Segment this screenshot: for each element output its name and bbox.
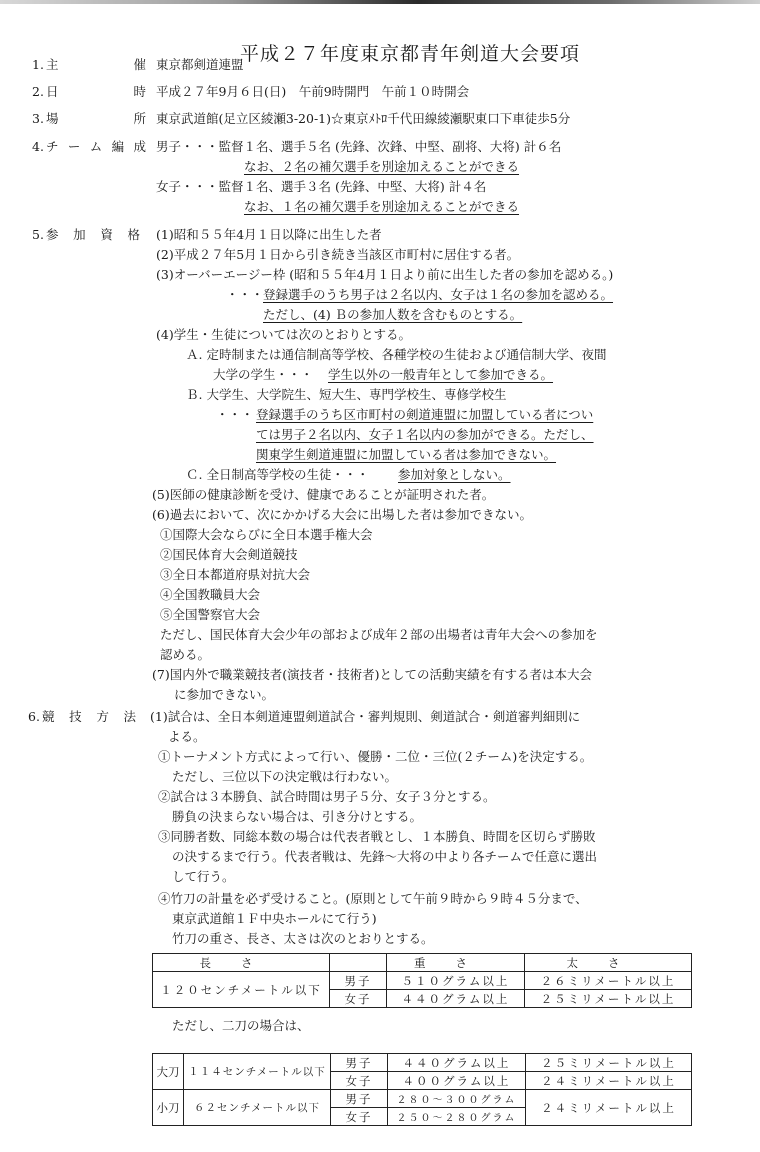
eligibility-4b: Ｂ. 大学生、大学院生、短大生、専門学校生、専修学校生: [186, 386, 506, 404]
section-number: 4.: [32, 138, 44, 156]
section-value: 平成２７年9月６日(日) 午前9時開門 午前１０時開会: [156, 83, 469, 101]
eligibility-4a: Ａ. 定時制または通信制高等学校、各種学校の生徒および通信制大学、夜間: [186, 346, 606, 364]
section-label: 主催: [46, 56, 146, 74]
eligibility-7: (7)国内外で職業競技者(演技者・技術者)としての活動実績を有する者は本大会: [152, 666, 592, 684]
excluded-event: ⑤全国警察官大会: [160, 606, 260, 624]
section-number: 3.: [32, 110, 44, 128]
section-value: 東京武道館(足立区綾瀬3-20-1)☆東京ﾒﾄﾛ千代田線綾瀬駅東口下車徒歩5分: [156, 110, 570, 128]
header-weight: 重さ: [387, 954, 525, 972]
weight-cell: ２８０～３００グラム: [388, 1090, 526, 1108]
rule-2-cont: 勝負の決まらない場合は、引き分けとする。: [172, 808, 422, 826]
shinai-spec-table: 長さ 重さ 太さ １２０センチメートル以下 男子 ５１０グラム以上 ２６ミリメー…: [152, 953, 692, 1008]
group-name: 小刀: [153, 1090, 184, 1126]
competition-1-cont: よる。: [168, 728, 206, 746]
excluded-event: ①国際大会ならびに全日本選手権大会: [160, 526, 373, 544]
group-name: 大刀: [153, 1054, 184, 1090]
table-row: １２０センチメートル以下 男子 ５１０グラム以上 ２６ミリメートル以上: [153, 972, 692, 990]
competition-1: (1)試合は、全日本剣道連盟剣道試合・審判規則、剣道試合・剣道審判細則に: [150, 708, 580, 726]
length-value: ６２センチメートル以下: [184, 1090, 331, 1126]
eligibility-4a-cont: 大学の学生・・・: [213, 366, 313, 384]
section-label: 競技方法: [42, 708, 136, 726]
rule-1: ①トーナメント方式によって行い、優勝・二位・三位(２チーム)を決定する。: [158, 748, 592, 766]
length-value: １１４センチメートル以下: [184, 1054, 331, 1090]
eligibility-4c: Ｃ. 全日制高等学校の生徒・・・: [186, 466, 369, 484]
thickness-cell: ２６ミリメートル以上: [525, 972, 692, 990]
thickness-cell: ２４ミリメートル以上: [526, 1072, 692, 1090]
exception-note: 認める。: [160, 646, 210, 664]
section-number: 1.: [32, 56, 44, 74]
team-women: 女子・・・監督１名、選手３名 (先鋒、中堅、大将) 計４名: [156, 178, 486, 196]
dots: ・・・: [226, 286, 264, 304]
weight-cell: ４４０グラム以上: [388, 1054, 526, 1072]
eligibility-6: (6)過去において、次にかかげる大会に出場した者は参加できない。: [152, 506, 532, 524]
nito-spec-table: 大刀 １１４センチメートル以下 男子 ４４０グラム以上 ２５ミリメートル以上 女…: [152, 1053, 692, 1126]
thickness-cell: ２５ミリメートル以上: [526, 1054, 692, 1072]
excluded-event: ③全日本都道府県対抗大会: [160, 566, 310, 584]
rule-4-cont: 竹刀の重さ、長さ、太さは次のとおりとする。: [172, 930, 434, 948]
eligibility-4b-rule: 登録選手のうち区市町村の剣道連盟に加盟している者につい: [256, 406, 593, 424]
gender-cell: 男子: [331, 1090, 388, 1108]
section-value: 東京都剣道連盟: [156, 56, 244, 74]
weight-cell: ４４０グラム以上: [387, 990, 525, 1008]
section-number: 2.: [32, 83, 44, 101]
eligibility-4a-rule: 学生以外の一般青年として参加できる。: [328, 366, 553, 384]
rule-2: ②試合は３本勝負、試合時間は男子５分、女子３分とする。: [158, 788, 496, 806]
section-number: 6.: [28, 708, 40, 726]
section-label: 日時: [46, 83, 146, 101]
weight-cell: ４００グラム以上: [388, 1072, 526, 1090]
gender-cell: 男子: [330, 972, 387, 990]
table-row: 小刀 ６２センチメートル以下 男子 ２８０～３００グラム ２４ミリメートル以上: [153, 1090, 692, 1108]
eligibility-4b-rule: 関東学生剣道連盟に加盟している者は参加できない。: [256, 446, 556, 464]
thickness-cell: ２５ミリメートル以上: [525, 990, 692, 1008]
table-row: 大刀 １１４センチメートル以下 男子 ４４０グラム以上 ２５ミリメートル以上: [153, 1054, 692, 1072]
weight-cell: ５１０グラム以上: [387, 972, 525, 990]
gender-cell: 男子: [331, 1054, 388, 1072]
eligibility-4: (4)学生・生徒については次のとおりとする。: [156, 326, 411, 344]
header-thickness: 太さ: [525, 954, 692, 972]
team-women-note: なお、１名の補欠選手を別途加えることができる: [244, 198, 519, 216]
section-label: 参加資格: [46, 226, 140, 244]
excluded-event: ②国民体育大会剣道競技: [160, 546, 298, 564]
rule-4-cont: 東京武道館１Ｆ中央ホールにて行う): [172, 910, 377, 928]
nito-note: ただし、二刀の場合は、: [172, 1017, 310, 1035]
length-value: １２０センチメートル以下: [153, 972, 330, 1008]
gender-cell: 女子: [331, 1072, 388, 1090]
thickness-cell: ２４ミリメートル以上: [526, 1090, 692, 1126]
section-label: 場所: [46, 110, 146, 128]
eligibility-3: (3)オーバーエージー枠 (昭和５５年4月１日より前に出生した者の参加を認める。…: [156, 266, 613, 284]
rule-1-cont: ただし、三位以下の決定戦は行わない。: [172, 768, 397, 786]
rule-3-cont: の決するまで行う。代表者戦は、先鋒～大将の中より各チームで任意に選出: [172, 848, 597, 866]
dots: ・・・: [216, 406, 254, 424]
excluded-event: ④全国教職員大会: [160, 586, 260, 604]
table-header-row: 長さ 重さ 太さ: [153, 954, 692, 972]
rule-3-cont: して行う。: [172, 868, 235, 886]
gender-cell: 女子: [331, 1108, 388, 1126]
rule-4: ④竹刀の計量を必ず受けること。(原則として午前９時から９時４５分まで、: [158, 890, 588, 908]
header-length: 長さ: [153, 954, 330, 972]
overage-rule: 登録選手のうち男子は２名以内、女子は１名の参加を認める。: [263, 286, 613, 304]
eligibility-2: (2)平成２７年5月１日から引き続き当該区市町村に居住する者。: [156, 246, 519, 264]
eligibility-4b-rule: ては男子２名以内、女子１名以内の参加ができる。ただし、: [256, 426, 594, 444]
section-number: 5.: [32, 226, 44, 244]
team-men-note: なお、２名の補欠選手を別途加えることができる: [244, 158, 519, 176]
section-label: チーム編成: [46, 138, 146, 156]
eligibility-4c-rule: 参加対象としない。: [398, 466, 511, 484]
exception-note: ただし、国民体育大会少年の部および成年２部の出場者は青年大会への参加を: [160, 626, 598, 644]
gender-cell: 女子: [330, 990, 387, 1008]
eligibility-1: (1)昭和５５年4月１日以降に出生した者: [156, 226, 382, 244]
overage-rule-note: ただし、(4) Ｂの参加人数を含むものとする。: [263, 306, 522, 324]
header-blank: [330, 954, 387, 972]
team-men: 男子・・・監督１名、選手５名 (先鋒、次鋒、中堅、副将、大将) 計６名: [156, 138, 561, 156]
weight-cell: ２５０～２８０グラム: [388, 1108, 526, 1126]
rule-3: ③同勝者数、同総本数の場合は代表者戦とし、１本勝負、時間を区切らず勝敗: [158, 828, 596, 846]
scan-edge: [0, 0, 760, 4]
eligibility-5: (5)医師の健康診断を受け、健康であることが証明された者。: [152, 486, 494, 504]
eligibility-7: に参加できない。: [174, 686, 274, 704]
